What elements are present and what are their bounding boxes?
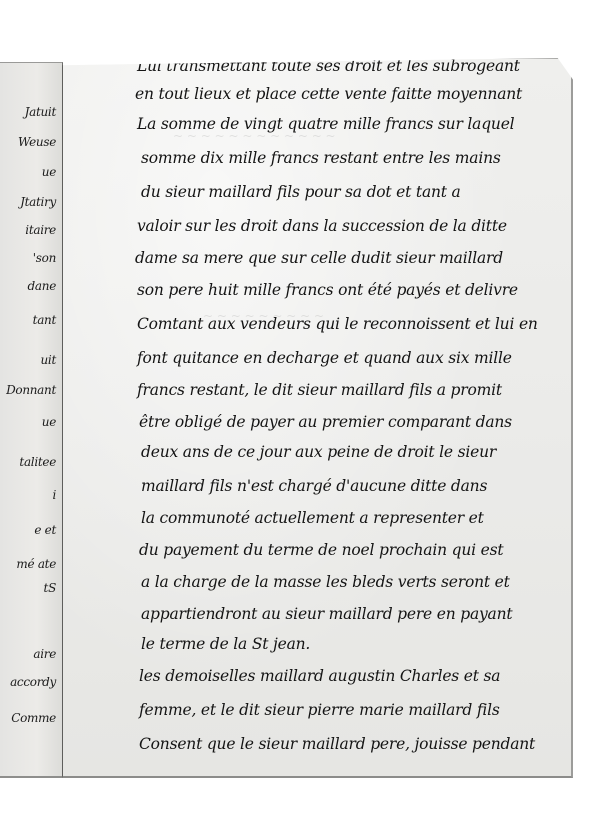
left-margin-text: mé ate xyxy=(16,557,56,571)
left-margin-text: i xyxy=(52,488,56,502)
manuscript-line: font quitance en decharge et quand aux s… xyxy=(137,349,512,367)
manuscript-line: du sieur maillard fils pour sa dot et ta… xyxy=(141,183,461,201)
manuscript-line: somme dix mille francs restant entre les… xyxy=(141,149,501,167)
manuscript-line: Comtant aux vendeurs qui le reconnoissen… xyxy=(137,315,538,333)
manuscript-line: être obligé de payer au premier comparan… xyxy=(139,413,512,431)
left-margin-text: Weuse xyxy=(18,135,56,149)
manuscript-line: La somme de vingt quatre mille francs su… xyxy=(137,115,514,133)
left-margin-text: accordy xyxy=(10,675,56,689)
manuscript-line: la communoté actuellement a representer … xyxy=(141,509,484,527)
left-margin-text: Donnant xyxy=(6,383,56,397)
manuscript-line: maillard fils n'est chargé d'aucune ditt… xyxy=(141,477,487,495)
previous-page-fragment: Jatuit Weuse ue Jtatiry itaire 'son dane… xyxy=(0,62,63,778)
manuscript-line: dame sa mere que sur celle dudit sieur m… xyxy=(135,249,503,267)
left-margin-text: tS xyxy=(44,581,56,595)
manuscript-line: en tout lieux et place cette vente faitt… xyxy=(135,85,522,103)
manuscript-line: femme, et le dit sieur pierre marie mail… xyxy=(139,701,500,719)
left-margin-text: 'son xyxy=(33,251,56,265)
left-margin-text: ue xyxy=(42,165,56,179)
left-margin-text: Jtatiry xyxy=(20,195,56,209)
left-margin-text: dane xyxy=(28,279,56,293)
left-margin-text: itaire xyxy=(25,223,56,237)
manuscript-line: Lui transmettant toute ses droit et les … xyxy=(137,57,520,75)
left-margin-text: aire xyxy=(33,647,56,661)
manuscript-line: Consent que le sieur maillard pere, joui… xyxy=(139,735,535,753)
manuscript-line: son pere huit mille francs ont été payés… xyxy=(137,281,518,299)
manuscript-page: ~ ~ ~ ~ ~ ~ ~ ~ ~ ~ ~ ~ ~ ~ ~ ~ ~ ~ ~ ~ … xyxy=(62,58,573,778)
manuscript-line: appartiendront au sieur maillard pere en… xyxy=(141,605,512,623)
left-margin-text: Jatuit xyxy=(25,105,56,119)
left-margin-text: talitee xyxy=(19,455,56,469)
manuscript-line: les demoiselles maillard augustin Charle… xyxy=(139,667,500,685)
manuscript-line: valoir sur les droit dans la succession … xyxy=(137,217,507,235)
manuscript-line: a la charge de la masse les bleds verts … xyxy=(141,573,510,591)
left-margin-text: ue xyxy=(42,415,56,429)
left-margin-text: e et xyxy=(34,523,56,537)
left-margin-text: tant xyxy=(33,313,56,327)
manuscript-line: du payement du terme de noel prochain qu… xyxy=(139,541,503,559)
left-margin-text: uit xyxy=(41,353,57,367)
manuscript-line: francs restant, le dit sieur maillard fi… xyxy=(137,381,502,399)
left-margin-text: Comme xyxy=(11,711,56,725)
manuscript-line: deux ans de ce jour aux peine de droit l… xyxy=(141,443,496,461)
manuscript-line: le terme de la St jean. xyxy=(141,635,310,653)
